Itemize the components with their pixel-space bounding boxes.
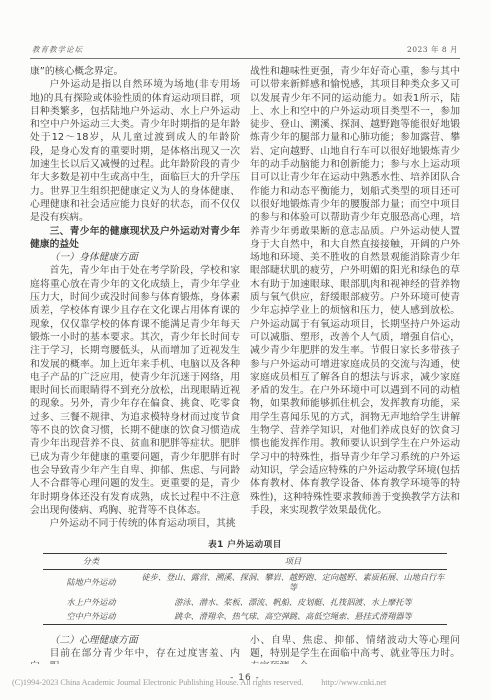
left-column: 康”的核心概念界定。 户外运动是指以自然环境为场地(非专用场地)的具有探险或体验… [30, 65, 240, 531]
section-heading: 三、青少年的健康现状及户外运动对青少年健康的益处 [30, 225, 240, 252]
table-cell-items: 徒步、登山、露营、溯溪、探洞、攀岩、越野跑、定向越野、素质拓展、山地自行车等 [139, 569, 447, 595]
paragraph-outdoor-definition: 户外运动是指以自然环境为场地(非专用场地)的具有探险或体验性质的体育运动项目群，… [30, 78, 240, 224]
body-columns-bottom: （二）心理健康方面 目前在部分青少年中，存在过度害羞、内向、胆 小、自卑、焦虑、… [30, 634, 460, 664]
cnki-url: http://www.cnki.net [321, 678, 386, 687]
table-1-block: 表1 户外运动项目 分类 项目 陆地户外运动 徒步、登山、露营、溯溪、探洞、攀岩… [30, 538, 460, 625]
subsection-heading-physical: （一）身体健康方面 [30, 251, 240, 264]
table-header-items: 项目 [139, 554, 447, 570]
outdoor-sports-table: 分类 项目 陆地户外运动 徒步、登山、露营、溯溪、探洞、攀岩、越野跑、定向越野、… [43, 553, 447, 625]
left-column-bottom: （二）心理健康方面 目前在部分青少年中，存在过度害羞、内向、胆 [30, 634, 240, 664]
issue-date: 2023 年 8 月 [407, 44, 458, 55]
right-column-bottom: 小、自卑、焦虑、抑郁、情绪波动大等心理问题，特别是学生在面临中高考、就业等压力时… [250, 634, 460, 664]
body-columns-top: 康”的核心概念界定。 户外运动是指以自然环境为场地(非专用场地)的具有探险或体验… [30, 65, 460, 531]
table-header-row: 分类 项目 [43, 554, 447, 570]
journal-name: 教育教学论坛 [32, 44, 83, 55]
paragraph-benefits: 战性和趣味性更强，青少年好奇心重，参与其中可以带来新鲜感和愉悦感，其项目种类众多… [250, 65, 460, 517]
page-header: 教育教学论坛 2023 年 8 月 [30, 44, 460, 59]
subsection-heading-mental: （二）心理健康方面 [30, 634, 240, 647]
copyright-footer: (C)1994-2023 China Academic Journal Elec… [12, 678, 478, 687]
table-cell-items: 游泳、潜水、桨板、漂流、帆船、皮划艇、扎筏泅渡、水上摩托等 [139, 595, 447, 610]
table-cell-category: 陆地户外运动 [43, 569, 139, 595]
table-row: 陆地户外运动 徒步、登山、露营、溯溪、探洞、攀岩、越野跑、定向越野、素质拓展、山… [43, 569, 447, 595]
paragraph-continuation: 康”的核心概念界定。 [30, 65, 240, 78]
table-title: 表1 户外运动项目 [30, 538, 460, 550]
right-column: 战性和趣味性更强，青少年好奇心重，参与其中可以带来新鲜感和愉悦感，其项目种类众多… [250, 65, 460, 531]
table-row: 水上户外运动 游泳、潜水、桨板、漂流、帆船、皮划艇、扎筏泅渡、水上摩托等 [43, 595, 447, 610]
journal-page: 教育教学论坛 2023 年 8 月 康”的核心概念界定。 户外运动是指以自然环境… [0, 0, 490, 700]
table-cell-items: 跳伞、滑翔伞、热气球、高空弹跳、高低空绳索、悬挂式滑翔器等 [139, 609, 447, 624]
paragraph-outdoor-lead: 户外运动不同于传统的体育运动项目，其挑 [30, 517, 240, 530]
paragraph-mental-continuation: 小、自卑、焦虑、抑郁、情绪波动大等心理问题，特别是学生在面临中高考、就业等压力时… [250, 634, 460, 664]
copyright-text: (C)1994-2023 China Academic Journal Elec… [12, 678, 303, 687]
table-row: 空中户外运动 跳伞、滑翔伞、热气球、高空弹跳、高低空绳索、悬挂式滑翔器等 [43, 609, 447, 624]
table-header-category: 分类 [43, 554, 139, 570]
table-cell-category: 水上户外运动 [43, 595, 139, 610]
table-cell-category: 空中户外运动 [43, 609, 139, 624]
paragraph-physical-health: 首先，青少年由于处在考学阶段，学校和家庭将重心放在青少年的文化成绩上，青少年学业… [30, 264, 240, 517]
paragraph-mental-lead: 目前在部分青少年中，存在过度害羞、内向、胆 [30, 647, 240, 664]
